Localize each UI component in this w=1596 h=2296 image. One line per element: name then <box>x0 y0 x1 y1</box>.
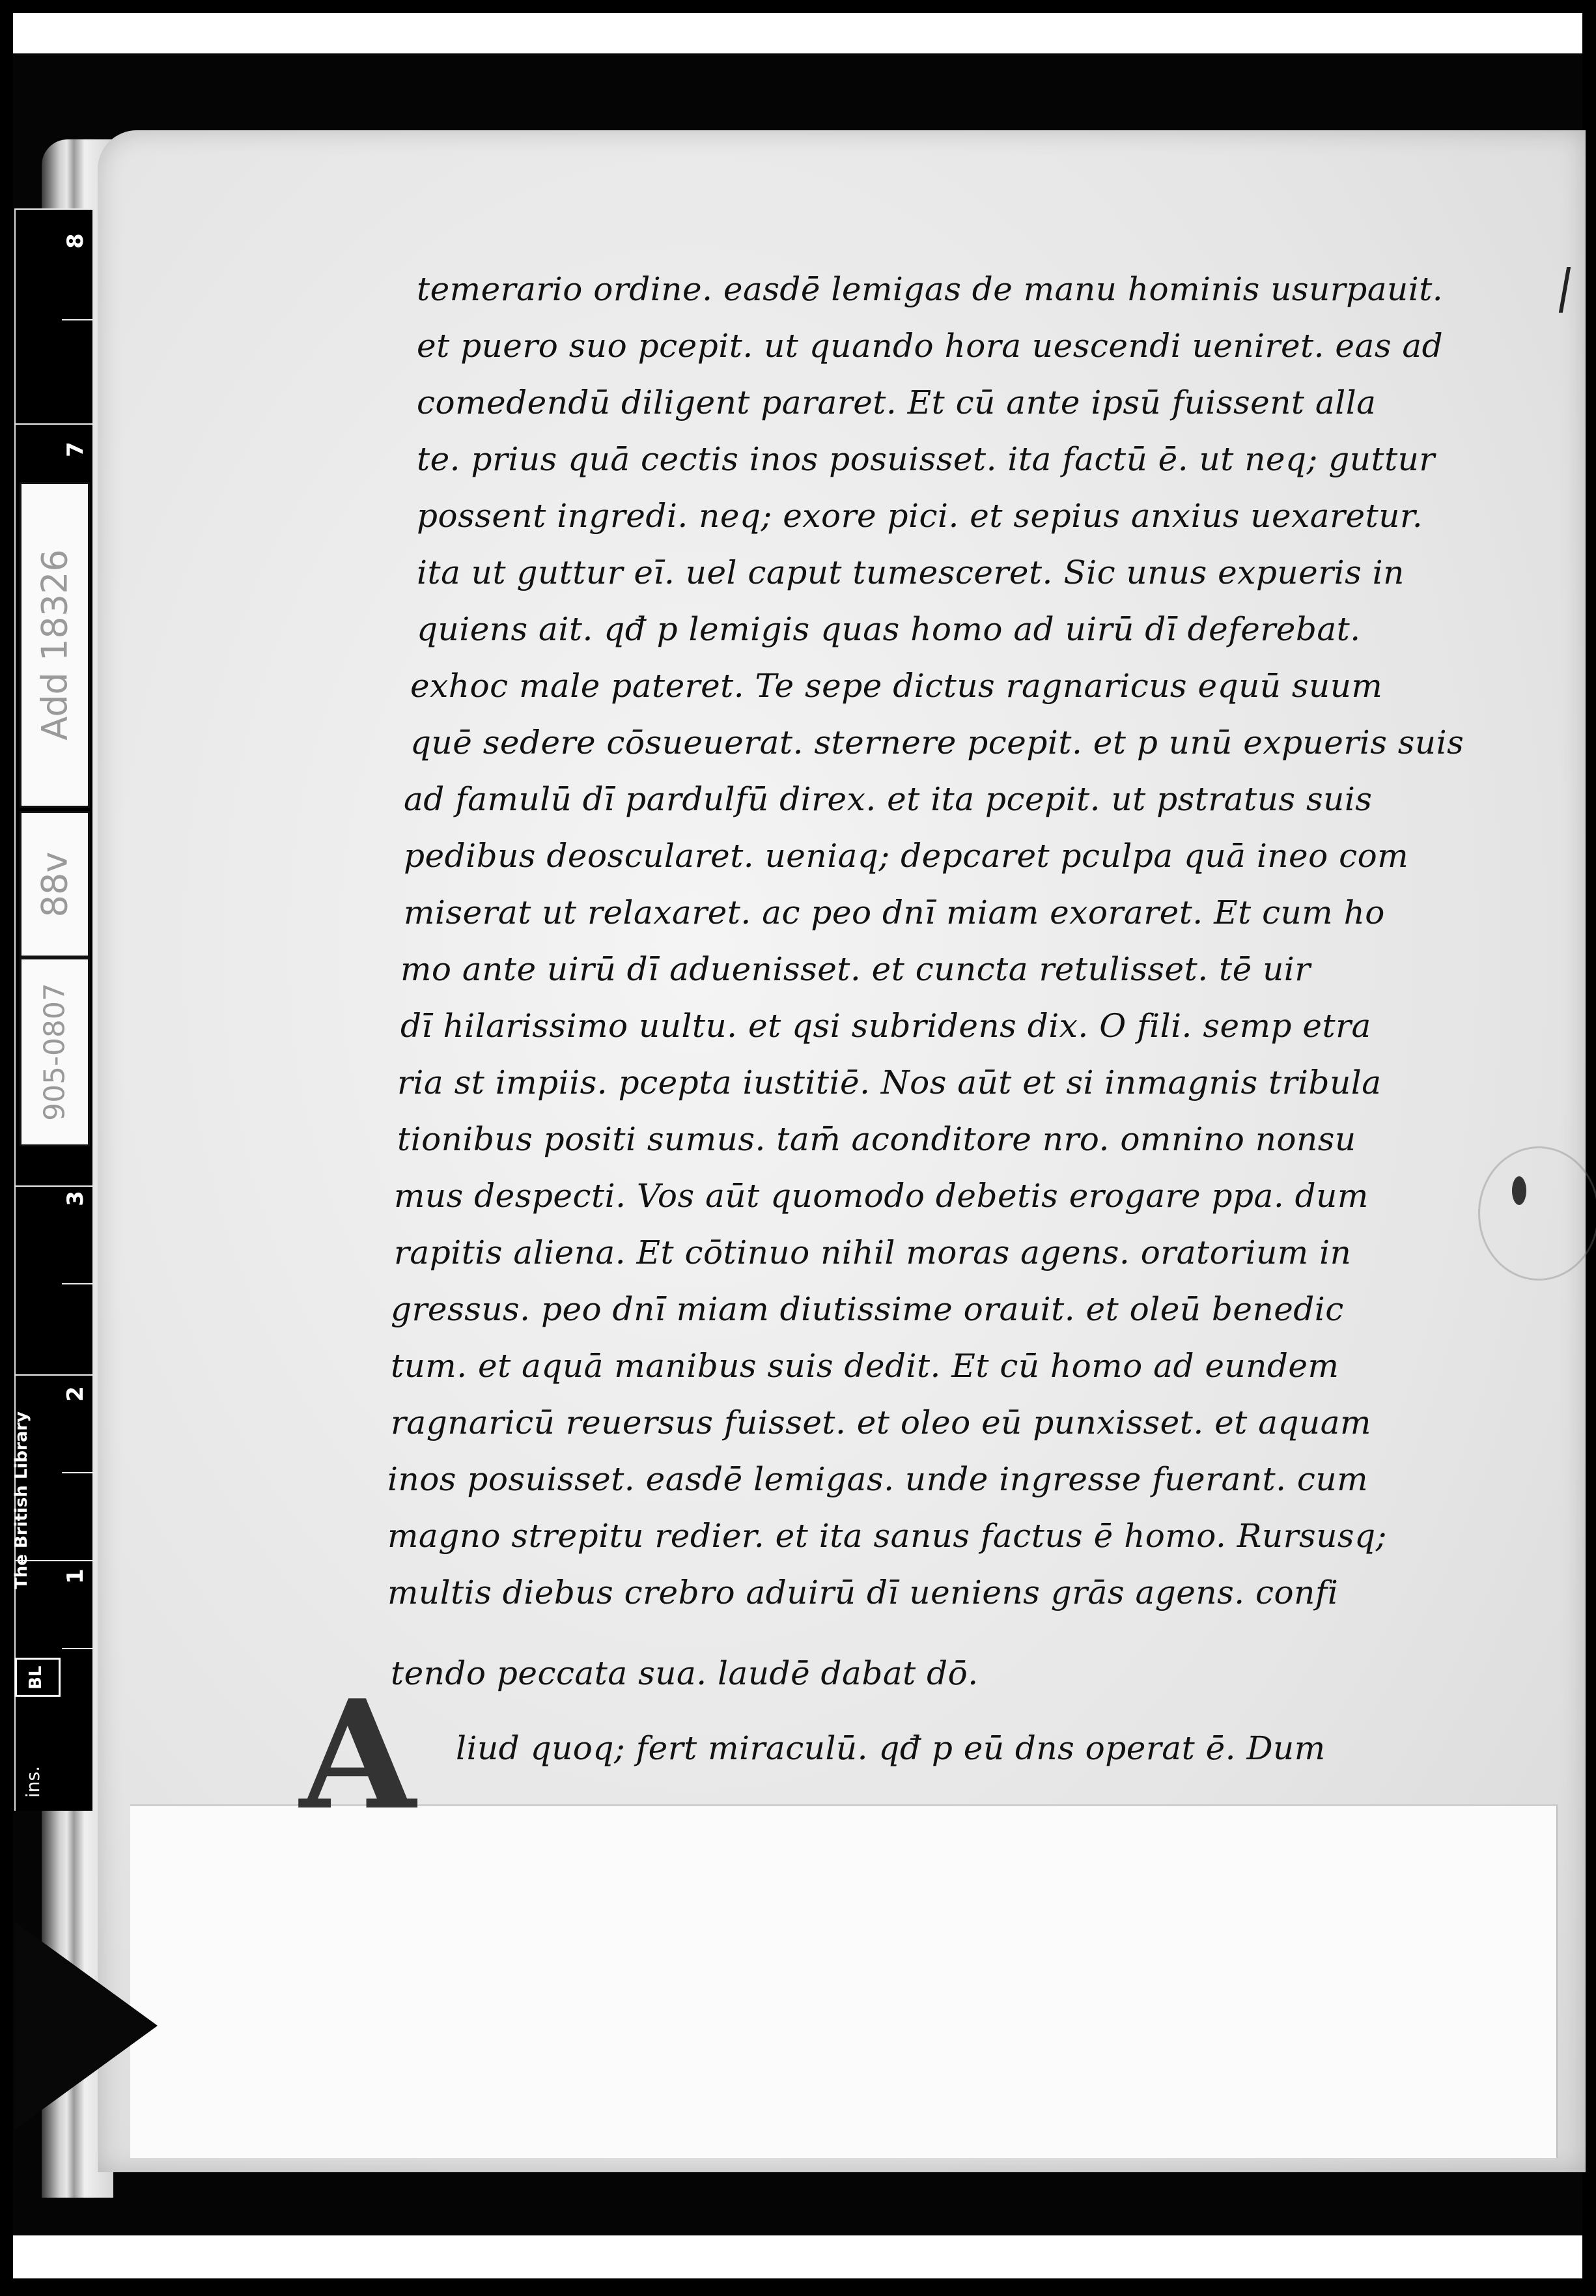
text-line: temerario ordine. easdē lemigas de manu … <box>417 270 1443 308</box>
ruler-number-1: 1 <box>63 1568 89 1584</box>
repaired-blank-area <box>130 1804 1558 2158</box>
text-line: exhoc male pateret. Te sepe dictus ragna… <box>410 667 1382 705</box>
ruler-tick <box>16 1374 92 1376</box>
photo-border-top <box>13 13 1582 53</box>
text-line: liud quoq; fert miraculū. qđ p eū dns op… <box>456 1729 1326 1767</box>
text-line: ragnaricū reuersus fuisset. et oleo eū p… <box>391 1404 1371 1441</box>
text-line: quiens ait. qđ p lemigis quas homo ad ui… <box>417 610 1361 648</box>
text-line: mus despecti. Vos aūt quomodo debetis er… <box>394 1177 1369 1215</box>
text-line: ita ut guttur eī. uel caput tumesceret. … <box>417 554 1405 591</box>
text-line: et puero suo pcepit. ut quando hora uesc… <box>417 327 1443 365</box>
text-line: comedendū diligent pararet. Et cū ante i… <box>417 384 1377 421</box>
text-line: ad famulū dī pardulfū direx. et ita pcep… <box>404 780 1372 818</box>
ruler-number-2: 2 <box>63 1386 89 1402</box>
logo-text: BL <box>26 1666 46 1690</box>
text-line: ria st impiis. pcepta iustitiē. Nos aūt … <box>397 1064 1382 1101</box>
ruler-number-3: 3 <box>63 1191 89 1206</box>
negative-number-label: 905-0807 <box>20 957 90 1146</box>
ruler-number-7: 7 <box>63 442 89 457</box>
ruler-tick <box>62 1648 92 1649</box>
text-line: quē sedere cōsueuerat. sternere pcepit. … <box>410 724 1464 761</box>
shelfmark-label: Add 18326 <box>20 482 90 808</box>
ruler-tick <box>62 1283 92 1284</box>
text-line: magno strepitu redier. et ita sanus fact… <box>387 1517 1387 1555</box>
british-library-label: The British Library <box>12 1411 31 1589</box>
folio-text: 88v <box>35 851 76 917</box>
text-line: miserat ut relaxaret. ac peo dnī miam ex… <box>404 894 1385 931</box>
ruler-tick <box>16 423 92 425</box>
text-line: possent ingredi. neq; exore pici. et sep… <box>417 497 1423 535</box>
photo-border-bottom <box>13 2235 1582 2278</box>
ink-blot <box>1512 1176 1526 1205</box>
british-library-logo-icon: BL <box>15 1658 61 1697</box>
ruler-tick <box>62 319 92 320</box>
pointer-notch <box>14 1921 158 2130</box>
ruler-tick <box>62 1472 92 1473</box>
ruler-tick <box>16 1185 92 1187</box>
decorated-initial: A <box>300 1667 415 1843</box>
text-line: tendo peccata sua. laudē dabat dō. <box>391 1654 979 1692</box>
text-line: multis diebus crebro aduirū dī ueniens g… <box>387 1574 1338 1611</box>
text-line: te. prius quā cectis inos posuisset. ita… <box>417 440 1435 478</box>
negative-number-text: 905-0807 <box>38 983 72 1121</box>
text-line: inos posuisset. easdē lemigas. unde ingr… <box>387 1460 1368 1498</box>
text-line: pedibus deoscularet. ueniaq; depcaret pc… <box>404 837 1408 875</box>
ruler-tick <box>16 208 92 210</box>
ruler-number-8: 8 <box>63 233 89 249</box>
shelfmark-text: Add 18326 <box>35 549 76 741</box>
folio-label: 88v <box>20 811 90 957</box>
text-line: gressus. peo dnī miam diutissime orauit.… <box>391 1290 1344 1328</box>
text-line: dī hilarissimo uultu. et qsi subridens d… <box>400 1007 1371 1045</box>
text-line: tionibus positi sumus. tam̄ aconditore n… <box>397 1120 1356 1158</box>
text-line: mo ante uirū dī aduenisset. et cuncta re… <box>400 950 1311 988</box>
ruler-unit-label: ins. <box>22 1766 44 1798</box>
text-line: tum. et aquā manibus suis dedit. Et cū h… <box>391 1347 1339 1385</box>
stain-ring <box>1478 1146 1596 1281</box>
text-line: rapitis aliena. Et cōtinuo nihil moras a… <box>394 1234 1351 1271</box>
